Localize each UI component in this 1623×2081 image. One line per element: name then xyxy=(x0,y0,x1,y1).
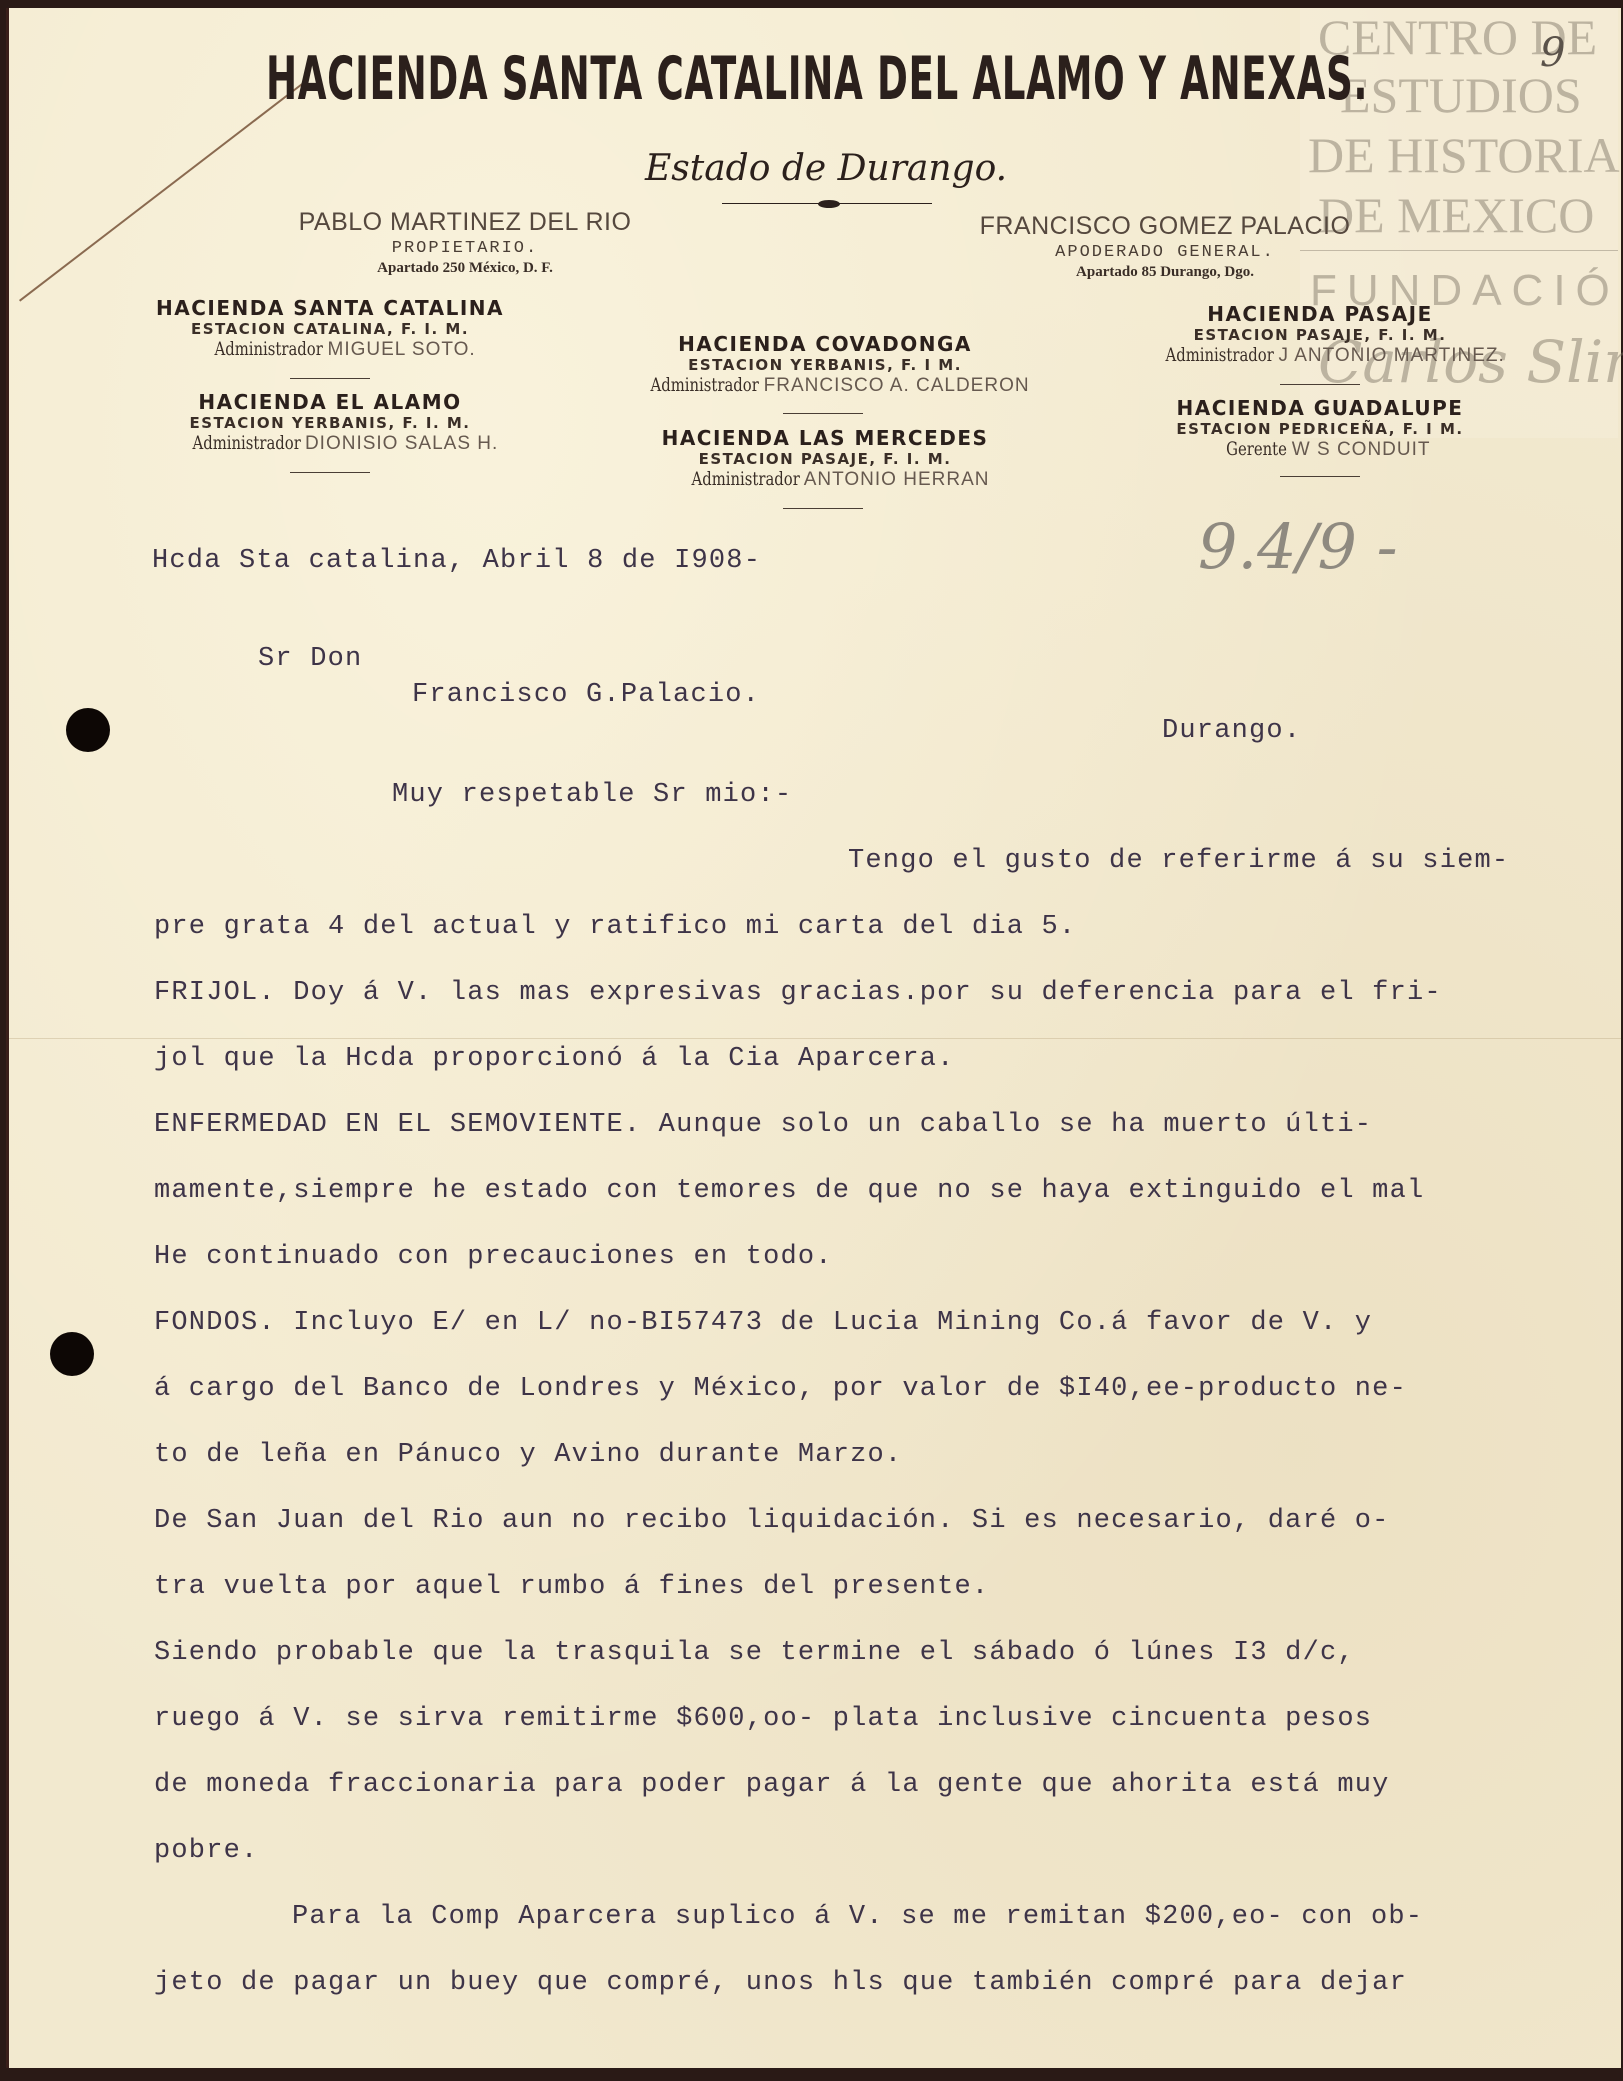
letter-line: Tengo el gusto de referirme á su siem- xyxy=(848,846,1509,876)
pencil-reference-number: 9.4/9 - xyxy=(1198,510,1398,583)
letter-city: Durango. xyxy=(1162,716,1301,746)
estate-name: HACIENDA LAS MERCEDES xyxy=(610,426,1040,450)
letter-line: He continuado con precauciones en todo. xyxy=(154,1242,833,1272)
estate-role: Gerente xyxy=(1227,438,1288,460)
estate-name: HACIENDA EL ALAMO xyxy=(120,390,540,414)
estate-person: DIONISIO SALAS H. xyxy=(305,433,498,454)
archive-page-number: 9 xyxy=(1540,30,1565,76)
agent-block: FRANCISCO GOMEZ PALACIO APODERADO GENERA… xyxy=(960,212,1370,281)
estate-station: ESTACION PEDRICEÑA, F. I M. xyxy=(1120,420,1520,438)
estate-station: ESTACION PASAJE, F. I. M. xyxy=(1120,326,1520,344)
ornament-diamond xyxy=(818,200,840,208)
estate-divider xyxy=(1280,476,1360,477)
letter-line: jeto de pagar un buey que compré, unos h… xyxy=(154,1968,1407,1998)
estate-divider xyxy=(290,472,370,473)
estate-divider xyxy=(783,508,863,509)
estate-person: ANTONIO HERRAN xyxy=(804,469,990,490)
letter-dateline: Hcda Sta catalina, Abril 8 de I908- xyxy=(152,546,761,576)
estate-person: J ANTONIO MARTINEZ. xyxy=(1278,345,1504,366)
letter-line: jol que la Hcda proporcionó á la Cia Apa… xyxy=(154,1044,955,1074)
watermark-line-3: DE HISTORIA xyxy=(1308,126,1620,184)
estate-name: HACIENDA COVADONGA xyxy=(610,332,1040,356)
ornament-rule xyxy=(722,200,932,208)
letter-line: to de leña en Pánuco y Avino durante Mar… xyxy=(154,1440,902,1470)
letter-greeting: Muy respetable Sr mio:- xyxy=(392,780,792,810)
letter-line: pre grata 4 del actual y ratifico mi car… xyxy=(154,912,1076,942)
letter-line: ENFERMEDAD EN EL SEMOVIENTE. Aunque solo… xyxy=(154,1110,1372,1140)
estate-person: W S CONDUIT xyxy=(1292,439,1431,460)
letter-line: FONDOS. Incluyo E/ en L/ no-BI57473 de L… xyxy=(154,1308,1372,1338)
letter-line: á cargo del Banco de Londres y México, p… xyxy=(154,1374,1407,1404)
punch-hole-top xyxy=(66,708,110,752)
estate-station: ESTACION PASAJE, F. I. M. xyxy=(610,450,1040,468)
estate-covadonga: HACIENDA COVADONGA ESTACION YERBANIS, F.… xyxy=(610,332,1040,397)
estate-name: HACIENDA GUADALUPE xyxy=(1120,396,1520,420)
fold-crease xyxy=(9,1038,1621,1039)
letter-line: FRIJOL. Doy á V. las mas expresivas grac… xyxy=(154,978,1442,1008)
agent-name: FRANCISCO GOMEZ PALACIO xyxy=(960,212,1370,241)
estate-station: ESTACION YERBANIS, F. I. M. xyxy=(120,414,540,432)
agent-role: APODERADO GENERAL. xyxy=(960,243,1370,262)
estate-name: HACIENDA PASAJE xyxy=(1120,302,1520,326)
estate-role: Administrador xyxy=(691,468,799,490)
estate-station: ESTACION CATALINA, F. I. M. xyxy=(120,320,540,338)
estate-el-alamo: HACIENDA EL ALAMO ESTACION YERBANIS, F. … xyxy=(120,390,540,455)
letter-line: mamente,siempre he estado con temores de… xyxy=(154,1176,1424,1206)
letter-line: de moneda fraccionaria para poder pagar … xyxy=(154,1770,1390,1800)
estate-divider xyxy=(290,378,370,379)
letter-line: De San Juan del Rio aun no recibo liquid… xyxy=(154,1506,1390,1536)
estate-role: Administrador xyxy=(651,374,759,396)
agent-address: Apartado 85 Durango, Dgo. xyxy=(960,264,1370,281)
letter-recipient: Francisco G.Palacio. xyxy=(412,680,760,710)
estate-role: Administrador xyxy=(1166,344,1274,366)
estate-pasaje: HACIENDA PASAJE ESTACION PASAJE, F. I. M… xyxy=(1120,302,1520,367)
estate-divider xyxy=(1280,384,1360,385)
punch-hole-bottom xyxy=(50,1332,94,1376)
letterhead-title: HACIENDA SANTA CATALINA DEL ALAMO Y ANEX… xyxy=(266,44,1368,114)
corner-fold-line xyxy=(19,81,306,302)
letter-line: Siendo probable que la trasquila se term… xyxy=(154,1638,1355,1668)
owner-role: PROPIETARIO. xyxy=(290,239,640,258)
letter-line: Para la Comp Aparcera suplico á V. se me… xyxy=(292,1902,1423,1932)
letterhead-subtitle: Estado de Durango. xyxy=(645,148,1007,189)
owner-block: PABLO MARTINEZ DEL RIO PROPIETARIO. Apar… xyxy=(290,208,640,277)
letter-salutation-to: Sr Don xyxy=(258,644,362,674)
estate-station: ESTACION YERBANIS, F. I M. xyxy=(610,356,1040,374)
owner-address: Apartado 250 México, D. F. xyxy=(290,260,640,277)
letter-line: tra vuelta por aquel rumbo á fines del p… xyxy=(154,1572,989,1602)
estate-guadalupe: HACIENDA GUADALUPE ESTACION PEDRICEÑA, F… xyxy=(1120,396,1520,461)
letter-line: pobre. xyxy=(154,1836,258,1866)
estate-person: FRANCISCO A. CALDERON xyxy=(764,375,1030,396)
estate-las-mercedes: HACIENDA LAS MERCEDES ESTACION PASAJE, F… xyxy=(610,426,1040,491)
estate-person: MIGUEL SOTO. xyxy=(328,339,476,360)
owner-name: PABLO MARTINEZ DEL RIO xyxy=(290,208,640,237)
estate-role: Administrador xyxy=(215,338,323,360)
estate-role: Administrador xyxy=(192,432,300,454)
estate-santa-catalina: HACIENDA SANTA CATALINA ESTACION CATALIN… xyxy=(120,296,540,361)
estate-name: HACIENDA SANTA CATALINA xyxy=(120,296,540,320)
letter-line: ruego á V. se sirva remitirme $600,oo- p… xyxy=(154,1704,1372,1734)
estate-divider xyxy=(783,413,863,414)
